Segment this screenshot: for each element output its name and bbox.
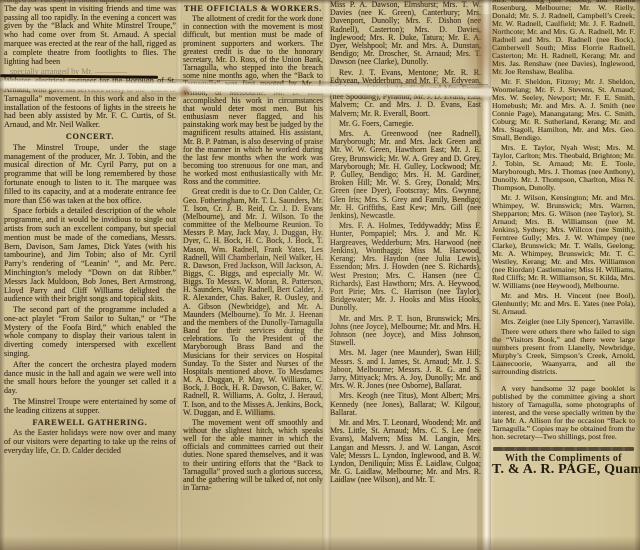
col2-para-3: The movement went off smoothly and witho… [183, 419, 323, 492]
col1-cont-1: The day was spent in visiting friends an… [4, 5, 176, 67]
col3-para-7: Mrs. Keogh (nee Titus), Mont Albert; Mrs… [330, 392, 481, 417]
col3-para-3: Mrs. A. Greenwood (nee Radnell), Marybor… [330, 130, 481, 220]
col4-para-8: A very handsome 32 page booklet is publi… [492, 385, 635, 441]
col4-rule-7 [533, 380, 595, 381]
col4-para-5: Mrs. Zeigler (nee Lily Spencer), Yarravi… [492, 318, 635, 326]
col3-para-2: Mr. G. Foers, Carnegie. [330, 120, 481, 128]
col1-head-10: FAREWELL GATHERING. [4, 419, 176, 428]
col4-cont-0: Mrs. Rosenburg (nee Abbott), and Thelma … [492, 0, 635, 76]
col4-para-3: Mr. J. Wilson, Kensington; Mr. and Mrs. … [492, 194, 635, 290]
col1-para-5: The Minstrel Troupe, under the stage man… [4, 144, 176, 206]
col4-para-4: Mr. and Mrs. H. Vincent (nee Bool), Glen… [492, 292, 635, 316]
clipping-column-3: Miss P. A. Dawson, Elmshurst; Mrs. T. W.… [330, 1, 481, 487]
col4-comp2-11: T. & A. R. PAGE, Quambatook. [492, 466, 635, 474]
col3-para-5: Mr. and Mrs. P. T. Ison, Brunswick; Mrs.… [330, 315, 481, 348]
col4-para-1: Mr. F. Sheldon, Fitzroy; Mr. J. Sheldon,… [492, 78, 635, 142]
col1-para-7: The second part of the programme include… [4, 306, 176, 359]
col2-head-0: THE OFFICIALS & WORKERS. [183, 5, 323, 13]
col3-cont-0: Miss P. A. Dawson, Elmshurst; Mrs. T. W.… [330, 1, 481, 67]
edge-shadow-right [634, 0, 640, 550]
vertical-fold-seam [477, 0, 491, 550]
col1-para-6: Space forbids a detailed description of … [4, 207, 176, 304]
col1-para-8: After the concert the orchestra played m… [4, 361, 176, 396]
newspaper-clipping: ranged for Tuesday forenoon lapsed.The d… [0, 0, 640, 550]
col3-para-6: Mrs. M. Jager (nee Maunder), Swan Hill; … [330, 349, 481, 390]
edge-shadow-bottom [0, 536, 640, 550]
edge-shadow-top [0, 0, 640, 4]
col4-para-2: Mrs. E. Taylor, Nyah West; Mrs. M. Taylo… [492, 144, 635, 192]
col1-head-4: CONCERT. [4, 133, 176, 142]
clipping-column-4: Mrs. Rosenburg (nee Abbott), and Thelma … [492, 0, 635, 474]
col4-para-6: There were others there who failed to si… [492, 328, 635, 376]
col3-para-8: Mr. and Mrs. T. Leonard, Woodend; Mr. an… [330, 419, 481, 485]
col2-para-2: Great credit is due to Cr. Don Calder, C… [183, 188, 323, 416]
col1-para-11: As the Easter holidays were now over and… [4, 429, 176, 455]
clipping-column-1: ranged for Tuesday forenoon lapsed.The d… [4, 0, 176, 458]
col2-para-1: The allotment of credit for the work don… [183, 15, 323, 186]
col1-para-9: The Minstrel Troupe were entertained by … [4, 398, 176, 416]
col3-para-4: Mrs. F. A. Holmes, Teddywaddy; Miss F. H… [330, 222, 481, 312]
edge-shadow-left [0, 0, 5, 550]
col4-thickrule-9 [493, 447, 634, 451]
